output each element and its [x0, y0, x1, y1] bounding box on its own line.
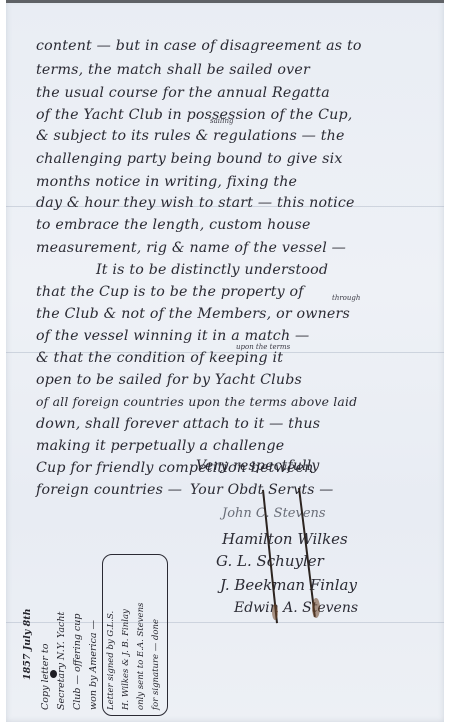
body-line: open to be sailed for by Yacht Clubs: [36, 372, 302, 388]
body-line: terms, the match shall be sailed over: [36, 62, 310, 78]
body-line: It is to be distinctly understood: [96, 262, 328, 278]
docket-line: Club — offering cup: [72, 614, 83, 710]
body-line: challenging party being bound to give si…: [36, 151, 343, 167]
body-line: foreign countries —: [36, 482, 182, 498]
body-line: measurement, rig & name of the vessel —: [36, 240, 346, 256]
page-top-edge: [6, 0, 444, 3]
body-line: down, shall forever attach to it — thus: [36, 416, 320, 432]
insertion-upon-the-terms: upon the terms: [236, 343, 290, 351]
body-line: & subject to its rules & regulations — t…: [36, 128, 345, 144]
docket-line: Copy letter to: [40, 644, 51, 710]
insertion-through: through: [332, 294, 360, 302]
body-line: the usual course for the annual Regatta: [36, 85, 330, 101]
body-line: day & hour they wish to start — this not…: [36, 195, 355, 211]
ink-blot: [50, 670, 57, 678]
signature: Hamilton Wilkes: [222, 530, 348, 548]
docket-note: 1857 July 8th Copy letter to Secretary N…: [20, 550, 140, 720]
body-line: of the Yacht Club in possession of the C…: [36, 107, 352, 123]
body-line: the Club & not of the Members, or owners: [36, 306, 350, 322]
body-line: content — but in case of disagreement as…: [36, 38, 362, 54]
docket-date: 1857 July 8th: [22, 609, 33, 681]
docket-note-line: H. Wilkes & J. B. Finlay: [121, 609, 131, 710]
signature: Edwin A. Stevens: [234, 600, 358, 616]
closing-phrase: Very respectfully: [196, 458, 320, 474]
body-line: of all foreign countries upon the terms …: [36, 394, 357, 409]
signature: John C. Stevens: [222, 506, 326, 521]
docket-line: Secretary N.Y. Yacht: [56, 612, 67, 710]
body-line: making it perpetually a challenge: [36, 438, 284, 454]
body-line: to embrace the length, custom house: [36, 217, 311, 233]
signature: J. Beekman Finlay: [220, 576, 357, 594]
body-line: that the Cup is to be the property of: [36, 284, 304, 300]
insertion-sailing: sailing: [210, 117, 233, 125]
docket-note-line: for signature — done: [151, 619, 161, 710]
body-line: of the vessel winning it in a match —: [36, 328, 309, 344]
docket-line: won by America —: [88, 620, 99, 710]
docket-note-line: Letter signed by G.L.S.: [106, 611, 116, 710]
ink-stain: [312, 598, 320, 618]
docket-note-line: only sent to E.A. Stevens: [136, 603, 146, 710]
body-line: months notice in writing, fixing the: [36, 174, 297, 190]
body-line: & that the condition of keeping it: [36, 350, 283, 366]
ink-stain: [272, 604, 278, 620]
